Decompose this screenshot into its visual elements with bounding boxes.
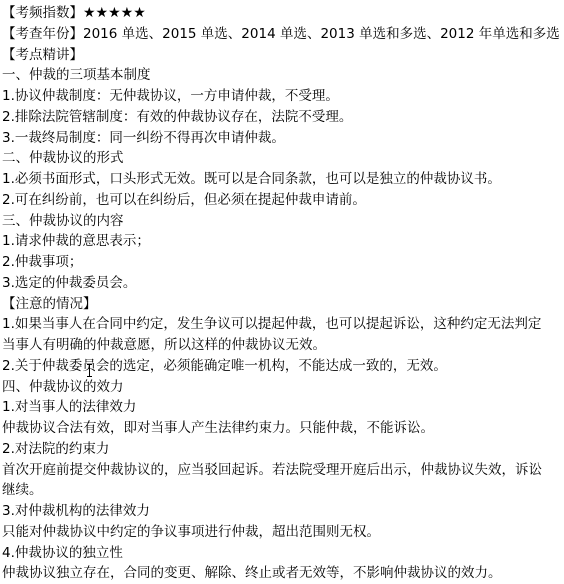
- frequency-label: 【考频指数】: [2, 5, 83, 21]
- section-item: 1.协议仲裁制度：无仲裁协议，一方申请仲裁，不受理。: [2, 86, 564, 107]
- section-item: 1.必须书面形式，口头形式无效。既可以是合同条款，也可以是独立的仲裁协议书。: [2, 169, 564, 190]
- section-item: 首次开庭前提交仲裁协议的，应当驳回起诉。若法院受理开庭后出示，仲裁协议失效，诉讼: [2, 460, 564, 481]
- star-rating-icon: ★★★★★: [83, 5, 146, 21]
- section-item: 2.仲裁事项；: [2, 252, 564, 273]
- note-item: 2.关于仲裁委员会的选定，必须能确定唯一机构，不能达成一致的，无效。: [2, 356, 564, 377]
- section-item: 继续。: [2, 480, 564, 501]
- years-label: 【考查年份】: [2, 26, 83, 42]
- section-item: 1.请求仲裁的意思表示；: [2, 231, 564, 252]
- note-item: 1.如果当事人在合同中约定，发生争议可以提起仲裁，也可以提起诉讼，这种约定无法判…: [2, 314, 564, 335]
- section-heading: 二、仲裁协议的形式: [2, 148, 564, 169]
- section-item: 2.对法院的约束力: [2, 439, 564, 460]
- section-item: 仲裁协议独立存在，合同的变更、解除、终止或者无效等，不影响仲裁协议的效力。: [2, 563, 564, 584]
- section-item: 3.一裁终局制度：同一纠纷不得再次申请仲裁。: [2, 128, 564, 149]
- note-item: 当事人有明确的仲裁意愿，所以这样的仲裁协议无效。: [2, 335, 564, 356]
- document-body: 【考频指数】★★★★★ 【考查年份】2016 单选、2015 单选、2014 单…: [2, 3, 564, 584]
- section-item: 4.仲裁协议的独立性: [2, 543, 564, 564]
- frequency-row: 【考频指数】★★★★★: [2, 3, 564, 24]
- section-heading: 三、仲裁协议的内容: [2, 211, 564, 232]
- years-row: 【考查年份】2016 单选、2015 单选、2014 单选、2013 单选和多选…: [2, 24, 564, 45]
- text-cursor-icon: [89, 364, 90, 377]
- section-item: 3.对仲裁机构的法律效力: [2, 501, 564, 522]
- section-item: 2.可在纠纷前，也可以在纠纷后，但必须在提起仲裁申请前。: [2, 190, 564, 211]
- section-item: 2.排除法院管辖制度：有效的仲裁协议存在，法院不受理。: [2, 107, 564, 128]
- section-item: 1.对当事人的法律效力: [2, 397, 564, 418]
- section-item: 仲裁协议合法有效，即对当事人产生法律约束力。只能仲裁，不能诉讼。: [2, 418, 564, 439]
- years-value: 2016 单选、2015 单选、2014 单选、2013 单选和多选、2012 …: [83, 26, 560, 42]
- key-points-label: 【考点精讲】: [2, 45, 564, 66]
- section-heading: 一、仲裁的三项基本制度: [2, 65, 564, 86]
- notes-heading: 【注意的情况】: [2, 294, 564, 315]
- section-heading: 四、仲裁协议的效力: [2, 377, 564, 398]
- section-item: 3.选定的仲裁委员会。: [2, 273, 564, 294]
- section-item: 只能对仲裁协议中约定的争议事项进行仲裁，超出范围则无权。: [2, 522, 564, 543]
